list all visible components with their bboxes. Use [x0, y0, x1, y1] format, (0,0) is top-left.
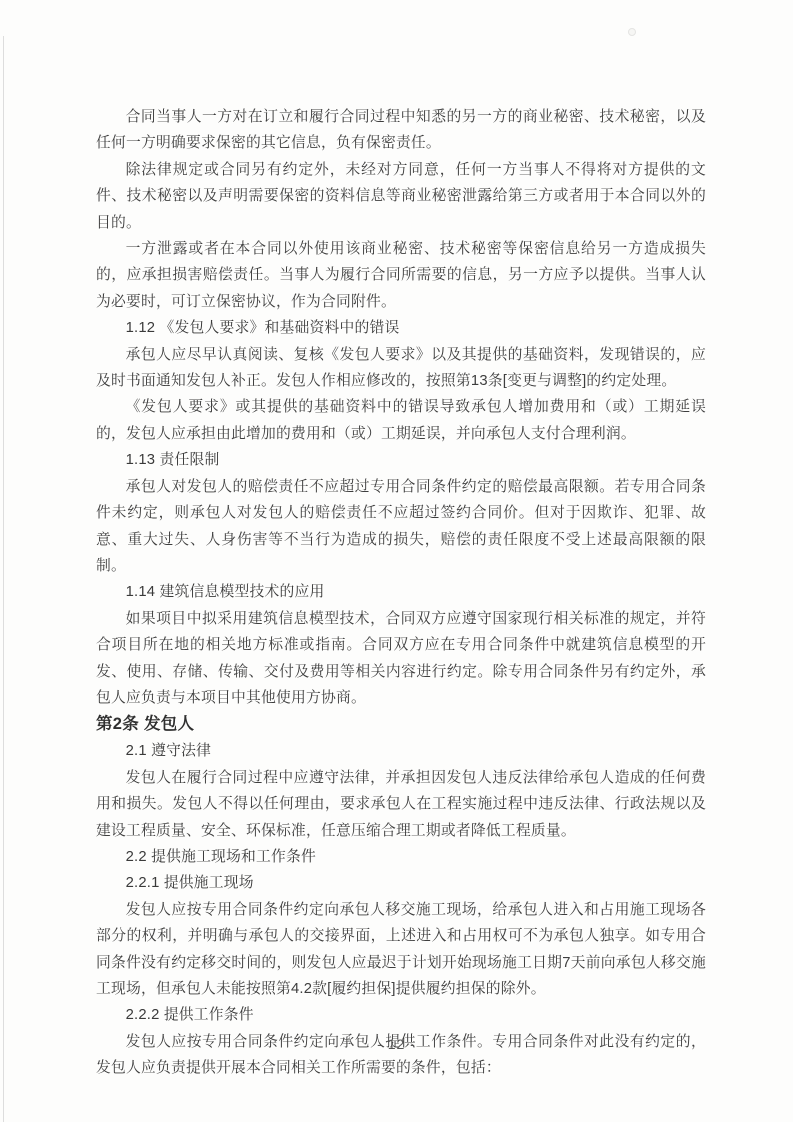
- paragraph-liability-limit: 承包人对发包人的赔偿责任不应超过专用合同条件约定的赔偿最高限额。若专用合同条件未…: [96, 474, 706, 580]
- clause-heading-1-13: 1.13 责任限制: [96, 447, 706, 473]
- page-footer: - 12 -: [0, 1036, 793, 1054]
- paragraph-employer-comply-law: 发包人在履行合同过程中应遵守法律，并承担因发包人违反法律给承包人造成的任何费用和…: [96, 765, 706, 844]
- paragraph-review-employer-requirements: 承包人应尽早认真阅读、复核《发包人要求》以及其提供的基础资料，发现错误的，应及时…: [96, 342, 706, 395]
- clause-heading-2-2-2: 2.2.2 提供工作条件: [96, 1002, 706, 1028]
- scan-edge-artifact: [3, 36, 4, 1122]
- clause-heading-2-2: 2.2 提供施工现场和工作条件: [96, 844, 706, 870]
- clause-heading-2-1: 2.1 遵守法律: [96, 738, 706, 764]
- scan-speck-artifact: [628, 28, 636, 36]
- clause-heading-1-14: 1.14 建筑信息模型技术的应用: [96, 579, 706, 605]
- paragraph-confidentiality-duty: 合同当事人一方对在订立和履行合同过程中知悉的另一方的商业秘密、技术秘密，以及任何…: [96, 104, 706, 157]
- paragraph-bim-application: 如果项目中拟采用建筑信息模型技术，合同双方应遵守国家现行相关标准的规定，并符合项…: [96, 606, 706, 712]
- scanned-contract-page: 合同当事人一方对在订立和履行合同过程中知悉的另一方的商业秘密、技术秘密，以及任何…: [0, 0, 793, 1122]
- chapter-heading-article-2: 第2条 发包人: [96, 711, 706, 738]
- paragraph-site-handover: 发包人应按专用合同条件约定向承包人移交施工现场，给承包人进入和占用施工现场各部分…: [96, 897, 706, 1003]
- clause-heading-2-2-1: 2.2.1 提供施工现场: [96, 870, 706, 896]
- paragraph-no-disclosure: 除法律规定或合同另有约定外，未经对方同意，任何一方当事人不得将对方提供的文件、技…: [96, 157, 706, 236]
- paragraph-errors-cost-delay: 《发包人要求》或其提供的基础资料中的错误导致承包人增加费用和（或）工期延误的，发…: [96, 394, 706, 447]
- clause-heading-1-12: 1.12 《发包人要求》和基础资料中的错误: [96, 315, 706, 341]
- document-body: 合同当事人一方对在订立和履行合同过程中知悉的另一方的商业秘密、技术秘密，以及任何…: [96, 104, 706, 1082]
- paragraph-breach-liability: 一方泄露或者在本合同以外使用该商业秘密、技术秘密等保密信息给另一方造成损失的，应…: [96, 236, 706, 315]
- page-number: - 12 -: [377, 1036, 416, 1052]
